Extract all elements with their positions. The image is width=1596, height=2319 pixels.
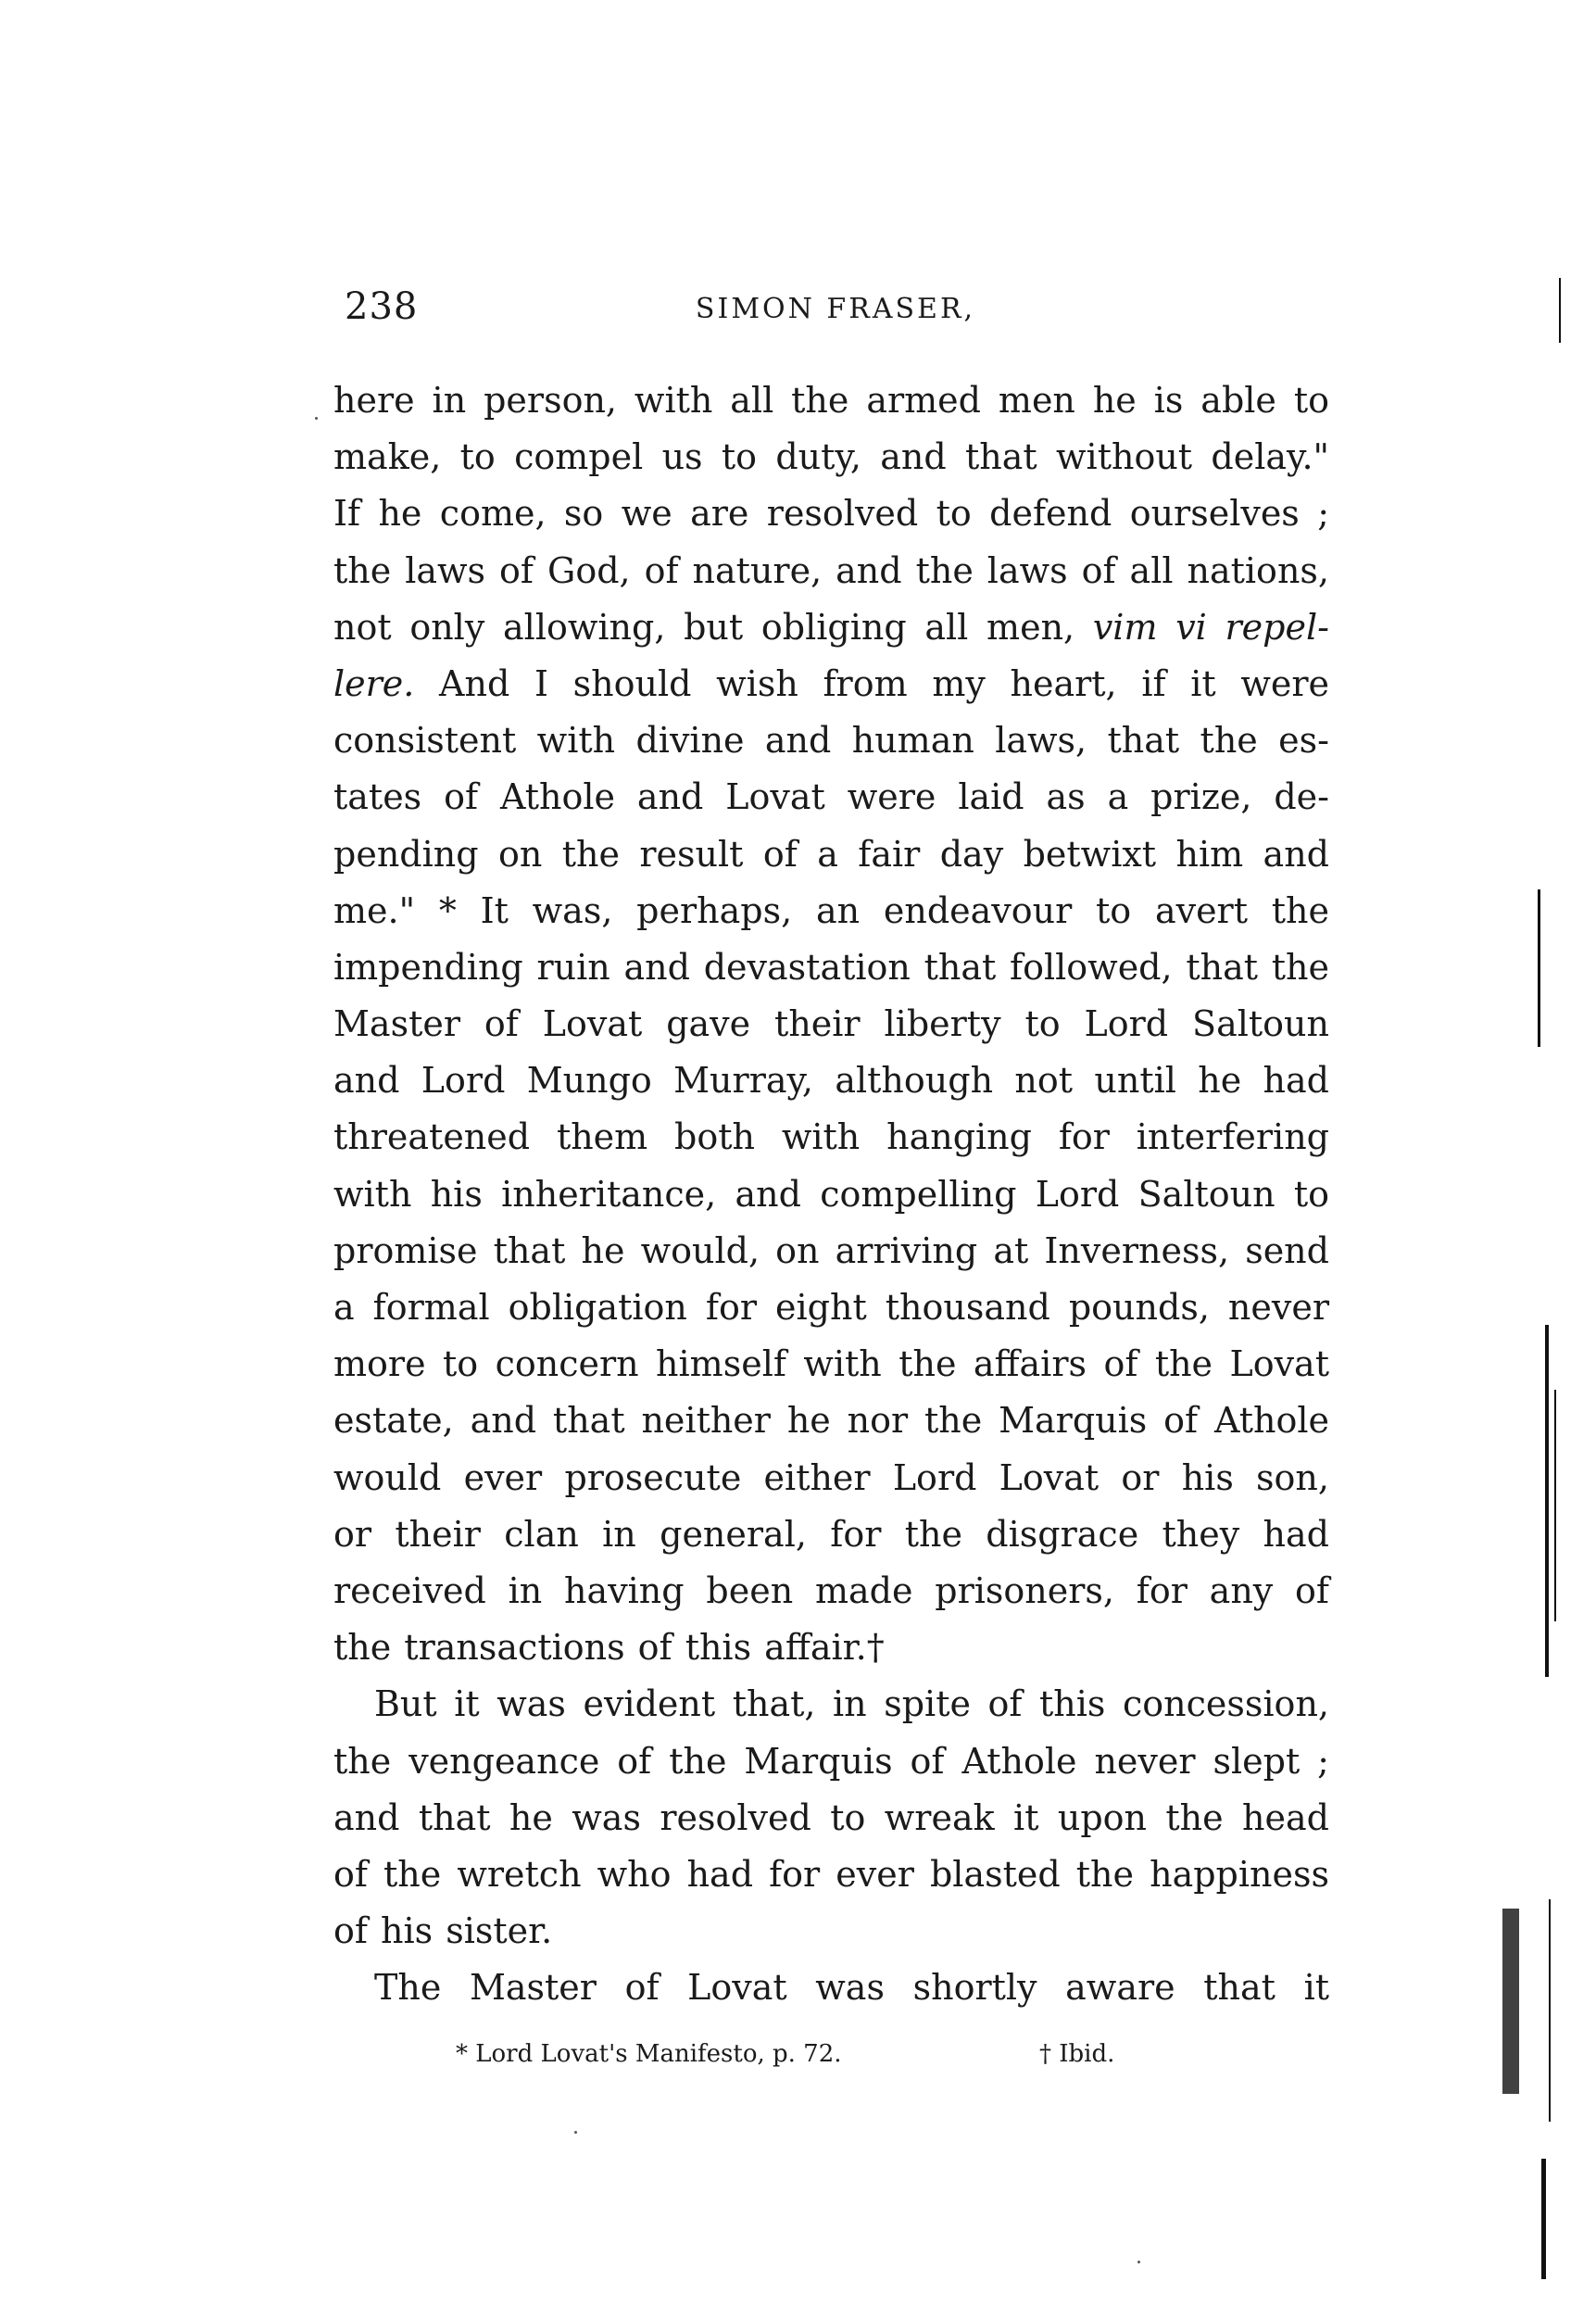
scan-speck bbox=[315, 417, 318, 420]
scan-artifact bbox=[1559, 278, 1561, 343]
text-line: and that he was resolved to wreak it upo… bbox=[333, 1790, 1329, 1846]
footnote-text: Lord Lovat's Manifesto, p. 72. bbox=[475, 2040, 841, 2068]
scan-speck bbox=[1137, 2261, 1140, 2263]
footnote-marker: † bbox=[1039, 2040, 1051, 2068]
body-text: here in person, with all the armed men h… bbox=[333, 372, 1329, 2016]
text-line: pending on the result of a fair day betw… bbox=[333, 826, 1329, 883]
paragraph-start-line: But it was evident that, in spite of thi… bbox=[333, 1676, 1329, 1733]
text-span: not only allowing, but obliging all men, bbox=[333, 607, 1093, 648]
latin-phrase: lere. bbox=[333, 663, 414, 704]
scan-artifact bbox=[1545, 1325, 1549, 1677]
book-page: 238 SIMON FRASER, here in person, with a… bbox=[0, 0, 1596, 2319]
scan-artifact bbox=[1554, 1390, 1556, 1621]
footnote-1: * Lord Lovat's Manifesto, p. 72. bbox=[456, 2040, 842, 2068]
scan-artifact bbox=[1541, 2159, 1546, 2279]
scan-artifact bbox=[1549, 1899, 1551, 2122]
text-line: of the wretch who had for ever blasted t… bbox=[333, 1846, 1329, 1903]
text-line: more to concern himself with the affairs… bbox=[333, 1336, 1329, 1393]
text-line: the vengeance of the Marquis of Athole n… bbox=[333, 1733, 1329, 1790]
text-line: estate, and that neither he nor the Marq… bbox=[333, 1393, 1329, 1449]
text-line: promise that he would, on arriving at In… bbox=[333, 1223, 1329, 1279]
text-line: tates of Athole and Lovat were laid as a… bbox=[333, 769, 1329, 826]
text-line: impending ruin and devastation that foll… bbox=[333, 939, 1329, 996]
latin-phrase: vim vi repel- bbox=[1093, 607, 1329, 648]
text-line: Master of Lovat gave their liberty to Lo… bbox=[333, 996, 1329, 1052]
text-line: lere. And I should wish from my heart, i… bbox=[333, 656, 1329, 712]
text-line: the transactions of this affair.† bbox=[333, 1620, 1329, 1676]
footnote-text: Ibid. bbox=[1059, 2040, 1114, 2068]
running-title: SIMON FRASER, bbox=[345, 293, 1326, 325]
text-line: of his sister. bbox=[333, 1903, 1329, 1960]
text-line: If he come, so we are resolved to defend… bbox=[333, 485, 1329, 542]
text-line: consistent with divine and human laws, t… bbox=[333, 712, 1329, 769]
text-line: here in person, with all the armed men h… bbox=[333, 372, 1329, 429]
text-line: not only allowing, but obliging all men,… bbox=[333, 599, 1329, 656]
footnote-marker: * bbox=[456, 2040, 468, 2068]
running-head: 238 SIMON FRASER, bbox=[345, 285, 1326, 341]
paragraph-start-line: The Master of Lovat was shortly aware th… bbox=[333, 1960, 1329, 2016]
text-line: a formal obligation for eight thousand p… bbox=[333, 1279, 1329, 1336]
scan-speck bbox=[574, 2131, 577, 2134]
text-line: threatened them both with hanging for in… bbox=[333, 1109, 1329, 1166]
text-line: and Lord Mungo Murray, although not unti… bbox=[333, 1052, 1329, 1109]
text-line: make, to compel us to duty, and that wit… bbox=[333, 429, 1329, 485]
footnote-2: † Ibid. bbox=[1039, 2040, 1114, 2068]
scan-artifact bbox=[1502, 1909, 1519, 2094]
scan-artifact bbox=[1538, 889, 1540, 1047]
text-span: And I should wish from my heart, if it w… bbox=[414, 663, 1329, 704]
text-line: with his inheritance, and compelling Lor… bbox=[333, 1166, 1329, 1223]
text-line: the laws of God, of nature, and the laws… bbox=[333, 543, 1329, 599]
text-line: would ever prosecute either Lord Lovat o… bbox=[333, 1450, 1329, 1506]
text-line: me." * It was, perhaps, an endeavour to … bbox=[333, 883, 1329, 939]
text-line: or their clan in general, for the disgra… bbox=[333, 1506, 1329, 1563]
text-line: received in having been made prisoners, … bbox=[333, 1563, 1329, 1620]
